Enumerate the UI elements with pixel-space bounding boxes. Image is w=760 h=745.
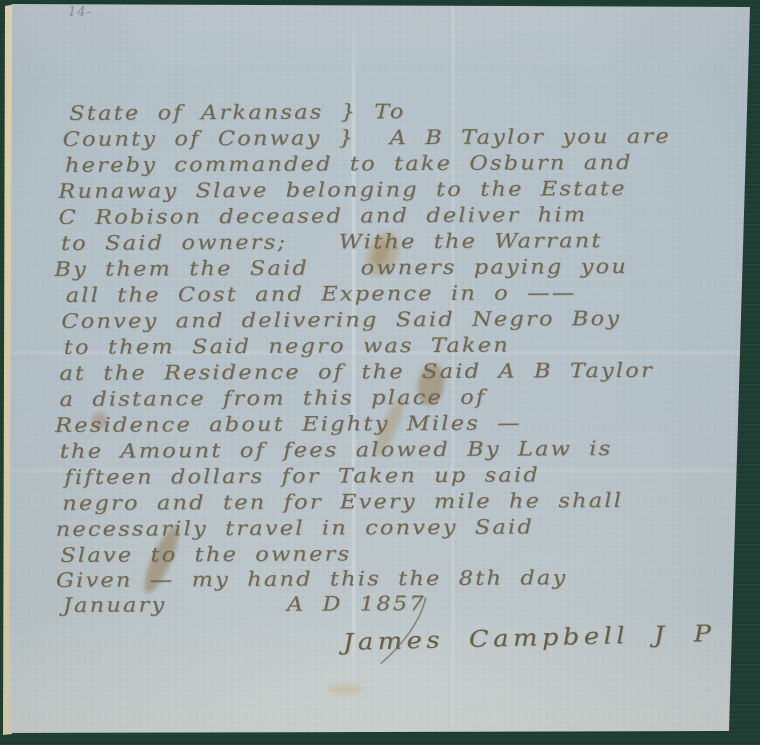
manuscript-line: Convey and delivering Said Negro Boy [61,305,621,334]
manuscript-text-block: State of Arkansas } To County of Conway … [0,0,760,745]
manuscript-line: the Amount of fees alowed By Law is [60,435,613,464]
manuscript-line: Residence about Eighty Miles — [55,409,522,437]
manuscript-line: Slave to the owners [60,540,351,568]
manuscript-line: Given — my hand this the 8th day [56,564,568,593]
manuscript-line: at the Residence of the Said A B Taylor [59,357,654,386]
manuscript-line: Runaway Slave belonging to the Estate [58,175,626,204]
manuscript-line: State of Arkansas } To [69,98,406,126]
manuscript-line: a distance from this place of [59,384,486,412]
manuscript-paper: 14- State of Arkansas } To County of Con… [0,0,760,745]
manuscript-line: to Said owners; Withe the Warrant [61,227,603,256]
manuscript-line: hereby commanded to take Osburn and [65,149,633,178]
manuscript-line: necessarily travel in convey Said [56,513,534,542]
manuscript-line: By them the Said owners paying you [54,253,628,282]
manuscript-line: January A D 1857 [63,590,426,618]
manuscript-line: to them Said negro was Taken [64,332,510,360]
manuscript-line: all the Cost and Expence in o —— [66,279,577,308]
manuscript-line: C Robison deceased and deliver him [58,201,587,230]
manuscript-line: negro and ten for Every mile he shall [62,487,623,516]
manuscript-line: County of Conway } A B Taylor you are [63,123,671,152]
manuscript-line: fifteen dollars for Taken up said [64,461,540,489]
